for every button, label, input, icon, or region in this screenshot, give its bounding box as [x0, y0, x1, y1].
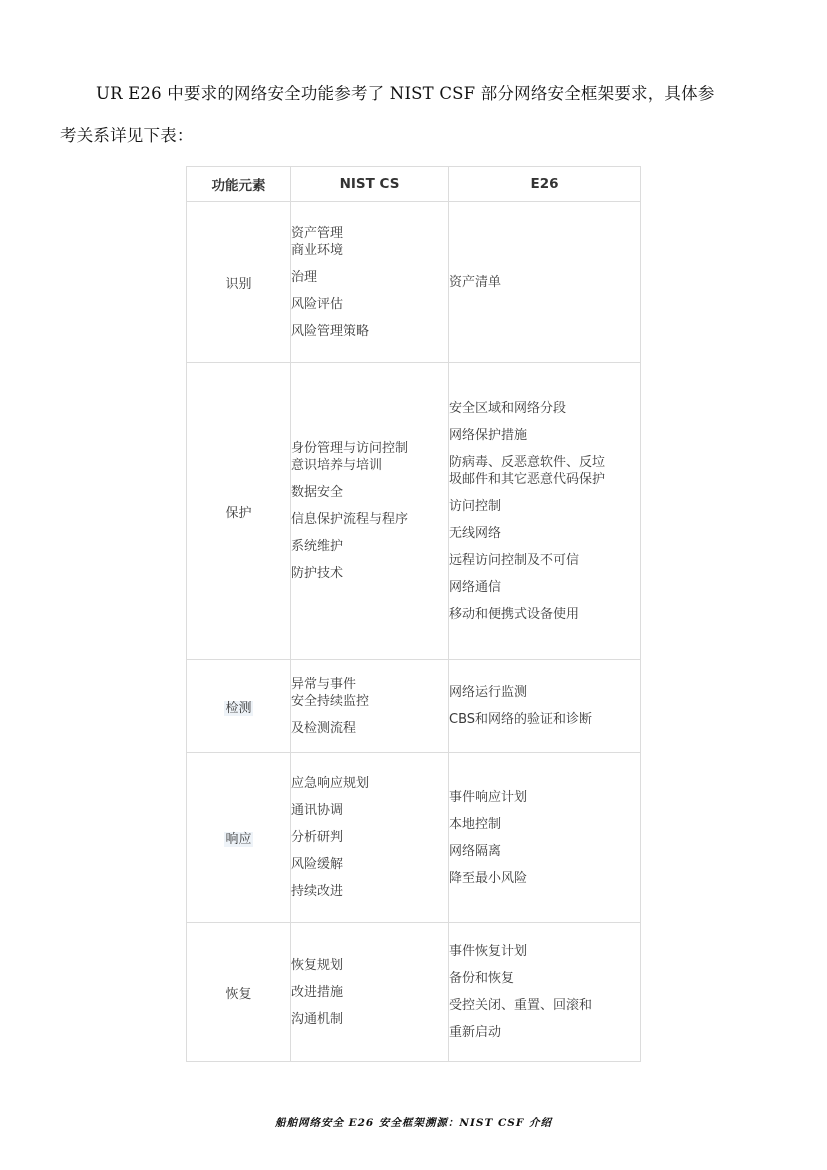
table-row: 响应应急响应规划通讯协调分析研判风险缓解持续改进事件响应计划本地控制网络隔离降至…	[187, 753, 641, 923]
e26-item: 防病毒、反恶意软件、反垃	[449, 454, 640, 471]
nist-item: 分析研判	[291, 829, 448, 846]
nist-item: 改进措施	[291, 984, 448, 1001]
nist-item: 及检测流程	[291, 720, 448, 737]
e26-item: 本地控制	[449, 816, 640, 833]
nist-item: 应急响应规划	[291, 775, 448, 792]
e26-items-cell: 事件恢复计划备份和恢复受控关闭、重置、回滚和重新启动	[449, 923, 641, 1062]
e26-item: 事件响应计划	[449, 789, 640, 806]
e26-item: 备份和恢复	[449, 970, 640, 987]
function-element-cell: 响应	[187, 753, 291, 923]
e26-item: 资产清单	[449, 274, 640, 291]
e26-item: 降至最小风险	[449, 870, 640, 887]
page-footer: 船舶网络安全 E26 安全框架溯源：NIST CSF 介绍	[0, 1115, 827, 1130]
intro-paragraph-line1: UR E26 中要求的网络安全功能参考了 NIST CSF 部分网络安全框架要求…	[96, 84, 776, 104]
nist-e26-mapping-table: 功能元素 NIST CS E26 识别资产管理商业环境治理风险评估风险管理策略资…	[186, 166, 641, 1062]
function-element-label: 恢复	[225, 987, 251, 1002]
table-header-row: 功能元素 NIST CS E26	[187, 167, 641, 202]
e26-item: 重新启动	[449, 1024, 640, 1041]
e26-item: 事件恢复计划	[449, 943, 640, 960]
e26-items-cell: 网络运行监测CBS和网络的验证和诊断	[449, 660, 641, 753]
e26-item: 网络通信	[449, 579, 640, 596]
nist-items-cell: 身份管理与访问控制意识培养与培训数据安全信息保护流程与程序系统维护防护技术	[291, 363, 449, 660]
e26-items-cell: 事件响应计划本地控制网络隔离降至最小风险	[449, 753, 641, 923]
e26-item: 安全区域和网络分段	[449, 400, 640, 417]
function-element-label: 识别	[225, 277, 251, 292]
nist-item: 商业环境	[291, 242, 448, 259]
e26-item: 无线网络	[449, 525, 640, 542]
e26-item: 访问控制	[449, 498, 640, 515]
intro-paragraph-line2: 考关系详见下表：	[60, 126, 770, 146]
e26-item: 圾邮件和其它恶意代码保护	[449, 471, 640, 488]
nist-item: 数据安全	[291, 484, 448, 501]
nist-item: 持续改进	[291, 883, 448, 900]
nist-item: 风险管理策略	[291, 323, 448, 340]
nist-item: 异常与事件	[291, 676, 448, 693]
table-row: 检测异常与事件安全持续监控及检测流程网络运行监测CBS和网络的验证和诊断	[187, 660, 641, 753]
nist-item: 身份管理与访问控制	[291, 440, 448, 457]
table-row: 恢复恢复规划改进措施沟通机制事件恢复计划备份和恢复受控关闭、重置、回滚和重新启动	[187, 923, 641, 1062]
nist-item: 恢复规划	[291, 957, 448, 974]
function-element-label: 保护	[225, 506, 251, 521]
nist-item: 系统维护	[291, 538, 448, 555]
nist-item: 通讯协调	[291, 802, 448, 819]
nist-items-cell: 应急响应规划通讯协调分析研判风险缓解持续改进	[291, 753, 449, 923]
nist-item: 安全持续监控	[291, 693, 448, 710]
e26-item: 网络隔离	[449, 843, 640, 860]
function-element-label: 响应	[224, 832, 252, 847]
e26-item: CBS和网络的验证和诊断	[449, 711, 640, 728]
function-element-label: 检测	[224, 701, 252, 716]
nist-item: 沟通机制	[291, 1011, 448, 1028]
e26-item: 网络保护措施	[449, 427, 640, 444]
e26-item: 移动和便携式设备使用	[449, 606, 640, 623]
nist-item: 治理	[291, 269, 448, 286]
nist-items-cell: 异常与事件安全持续监控及检测流程	[291, 660, 449, 753]
e26-item: 网络运行监测	[449, 684, 640, 701]
nist-item: 风险缓解	[291, 856, 448, 873]
e26-items-cell: 资产清单	[449, 202, 641, 363]
nist-item: 风险评估	[291, 296, 448, 313]
function-element-cell: 检测	[187, 660, 291, 753]
function-element-cell: 保护	[187, 363, 291, 660]
nist-items-cell: 资产管理商业环境治理风险评估风险管理策略	[291, 202, 449, 363]
e26-items-cell: 安全区域和网络分段网络保护措施防病毒、反恶意软件、反垃圾邮件和其它恶意代码保护访…	[449, 363, 641, 660]
nist-item: 意识培养与培训	[291, 457, 448, 474]
header-nist-cs: NIST CS	[291, 167, 449, 202]
nist-item: 信息保护流程与程序	[291, 511, 448, 528]
nist-item: 资产管理	[291, 225, 448, 242]
nist-items-cell: 恢复规划改进措施沟通机制	[291, 923, 449, 1062]
table-row: 识别资产管理商业环境治理风险评估风险管理策略资产清单	[187, 202, 641, 363]
e26-item: 受控关闭、重置、回滚和	[449, 997, 640, 1014]
header-function-element: 功能元素	[187, 167, 291, 202]
function-element-cell: 恢复	[187, 923, 291, 1062]
function-element-cell: 识别	[187, 202, 291, 363]
nist-item: 防护技术	[291, 565, 448, 582]
header-e26: E26	[449, 167, 641, 202]
e26-item: 远程访问控制及不可信	[449, 552, 640, 569]
table-row: 保护身份管理与访问控制意识培养与培训数据安全信息保护流程与程序系统维护防护技术安…	[187, 363, 641, 660]
